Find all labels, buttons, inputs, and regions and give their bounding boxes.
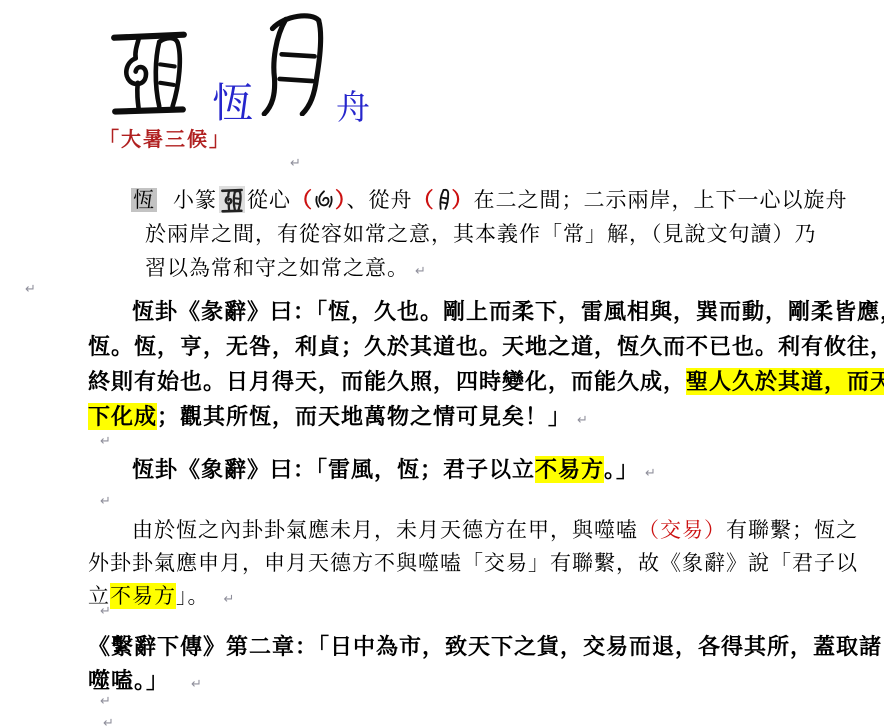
xiang-line-1: 恆卦《象辭》曰：「雷風，恆；君子以立不易方。」↵ (88, 452, 656, 491)
highlighted-text: 不易方 (535, 456, 604, 483)
red-paren-open: （ (413, 188, 435, 212)
red-paren-close: ） (335, 188, 347, 212)
tuan-paragraph: 恆卦《彖辭》曰：「恆，久也。剛上而柔下，雷風相與，巽而動，剛柔皆應， 恆。恆，亨… (88, 294, 884, 438)
seal-heng-image (108, 20, 190, 118)
xiang-text: 恆卦《象辭》曰：「雷風，恆；君子以立 (132, 457, 535, 482)
red-paren-open: （ (291, 188, 313, 212)
paragraph-mark: ↵ (577, 413, 588, 428)
definition-text: 習以為常和守之如常之意。 (145, 256, 409, 280)
definition-text: 、從舟 (347, 188, 413, 212)
explanation-text: 立 (88, 584, 110, 608)
xici-line-2: 噬嗑。」↵ (88, 664, 882, 702)
tuan-text: ；觀其所恆，而天地萬物之情可見矣！」 (157, 404, 571, 429)
explanation-text: 有聯繫；恆之 (726, 518, 858, 542)
definition-line-1: 恆小篆從心（）、從舟（）在二之間；二示兩岸，上下一心以旋舟 (145, 183, 848, 217)
seal-heart-icon (314, 188, 334, 211)
xici-line-1: 《繫辭下傳》第二章：「日中為市，致天下之貨，交易而退，各得其所，蓋取諸 (88, 630, 882, 664)
headword-heng: 恆 (131, 188, 157, 212)
paragraph-mark: ↵ (224, 592, 235, 607)
definition-paragraph: 恆小篆從心（）、從舟（）在二之間；二示兩岸，上下一心以旋舟 於兩岸之間，有從容如… (145, 183, 848, 289)
paragraph-mark: ↵ (25, 282, 36, 297)
tuan-line-4: 下化成；觀其所恆，而天地萬物之情可見矣！」↵ (88, 399, 884, 438)
red-paren-close: ） (452, 188, 474, 212)
explanation-line-2: 外卦卦氣應申月，申月天德方不與噬嗑「交易」有聯繫，故《象辭》說「君子以 (88, 547, 858, 580)
tuan-line-2: 恆。恆，亨，无咎，利貞；久於其道也。天地之道，恆久而不已也。利有攸往， (88, 329, 884, 364)
seal-zhou-image (258, 8, 330, 116)
paragraph-mark: ↵ (290, 156, 301, 171)
definition-text: 小篆 (173, 188, 217, 212)
subtitle-solar-term: 「大暑三候」 (99, 123, 231, 152)
explanation-text: 」。 (176, 584, 210, 608)
tuan-line-1: 恆卦《彖辭》曰：「恆，久也。剛上而柔下，雷風相與，巽而動，剛柔皆應， (88, 294, 884, 329)
definition-text: 從心 (247, 188, 291, 212)
highlighted-text: 不易方 (110, 583, 176, 609)
red-text-jiaoyi: （交易） (638, 518, 726, 542)
document-page: 恆 舟 「大暑三候」 ↵ ↵ ↵ ↵ ↵ ↵ ↵ 恆小篆從心（）、從舟（）在二之… (0, 0, 884, 727)
xici-text: 噬嗑。」 (88, 668, 169, 693)
paragraph-mark: ↵ (103, 716, 114, 727)
xici-paragraph: 《繫辭下傳》第二章：「日中為市，致天下之貨，交易而退，各得其所，蓋取諸 噬嗑。」… (88, 630, 882, 702)
definition-line-2: 於兩岸之間，有從容如常之意，其本義作「常」解，（見說文句讀）乃 (145, 217, 848, 251)
definition-line-3: 習以為常和守之如常之意。↵ (145, 251, 848, 289)
paragraph-mark: ↵ (415, 264, 426, 279)
seal-zhou-caption: 舟 (336, 80, 370, 129)
highlighted-text: 聖人久於其道，而天 (686, 368, 884, 395)
highlighted-text: 下化成 (88, 403, 157, 430)
paragraph-mark: ↵ (100, 494, 111, 509)
paragraph-mark: ↵ (645, 466, 656, 481)
tuan-line-3: 終則有始也。日月得天，而能久照，四時變化，而能久成，聖人久於其道，而天 (88, 364, 884, 399)
seal-heng-small-icon (219, 186, 245, 213)
explanation-line-3: 立不易方」。↵ (88, 580, 858, 616)
definition-text: 在二之間；二示兩岸，上下一心以旋舟 (474, 188, 848, 212)
xiang-paragraph: 恆卦《象辭》曰：「雷風，恆；君子以立不易方。」↵ (88, 452, 656, 491)
explanation-text: 由於恆之內卦卦氣應未月，未月天德方在甲，與噬嗑 (132, 518, 638, 542)
seal-moon-icon (436, 188, 451, 211)
seal-heng-caption: 恆 (212, 70, 253, 129)
paragraph-mark: ↵ (191, 677, 202, 692)
tuan-text: 終則有始也。日月得天，而能久照，四時變化，而能久成， (88, 369, 686, 394)
xiang-text: 。」 (604, 457, 639, 482)
explanation-line-1: 由於恆之內卦卦氣應未月，未月天德方在甲，與噬嗑（交易）有聯繫；恆之 (88, 514, 858, 547)
explanation-paragraph: 由於恆之內卦卦氣應未月，未月天德方在甲，與噬嗑（交易）有聯繫；恆之 外卦卦氣應申… (88, 514, 858, 616)
